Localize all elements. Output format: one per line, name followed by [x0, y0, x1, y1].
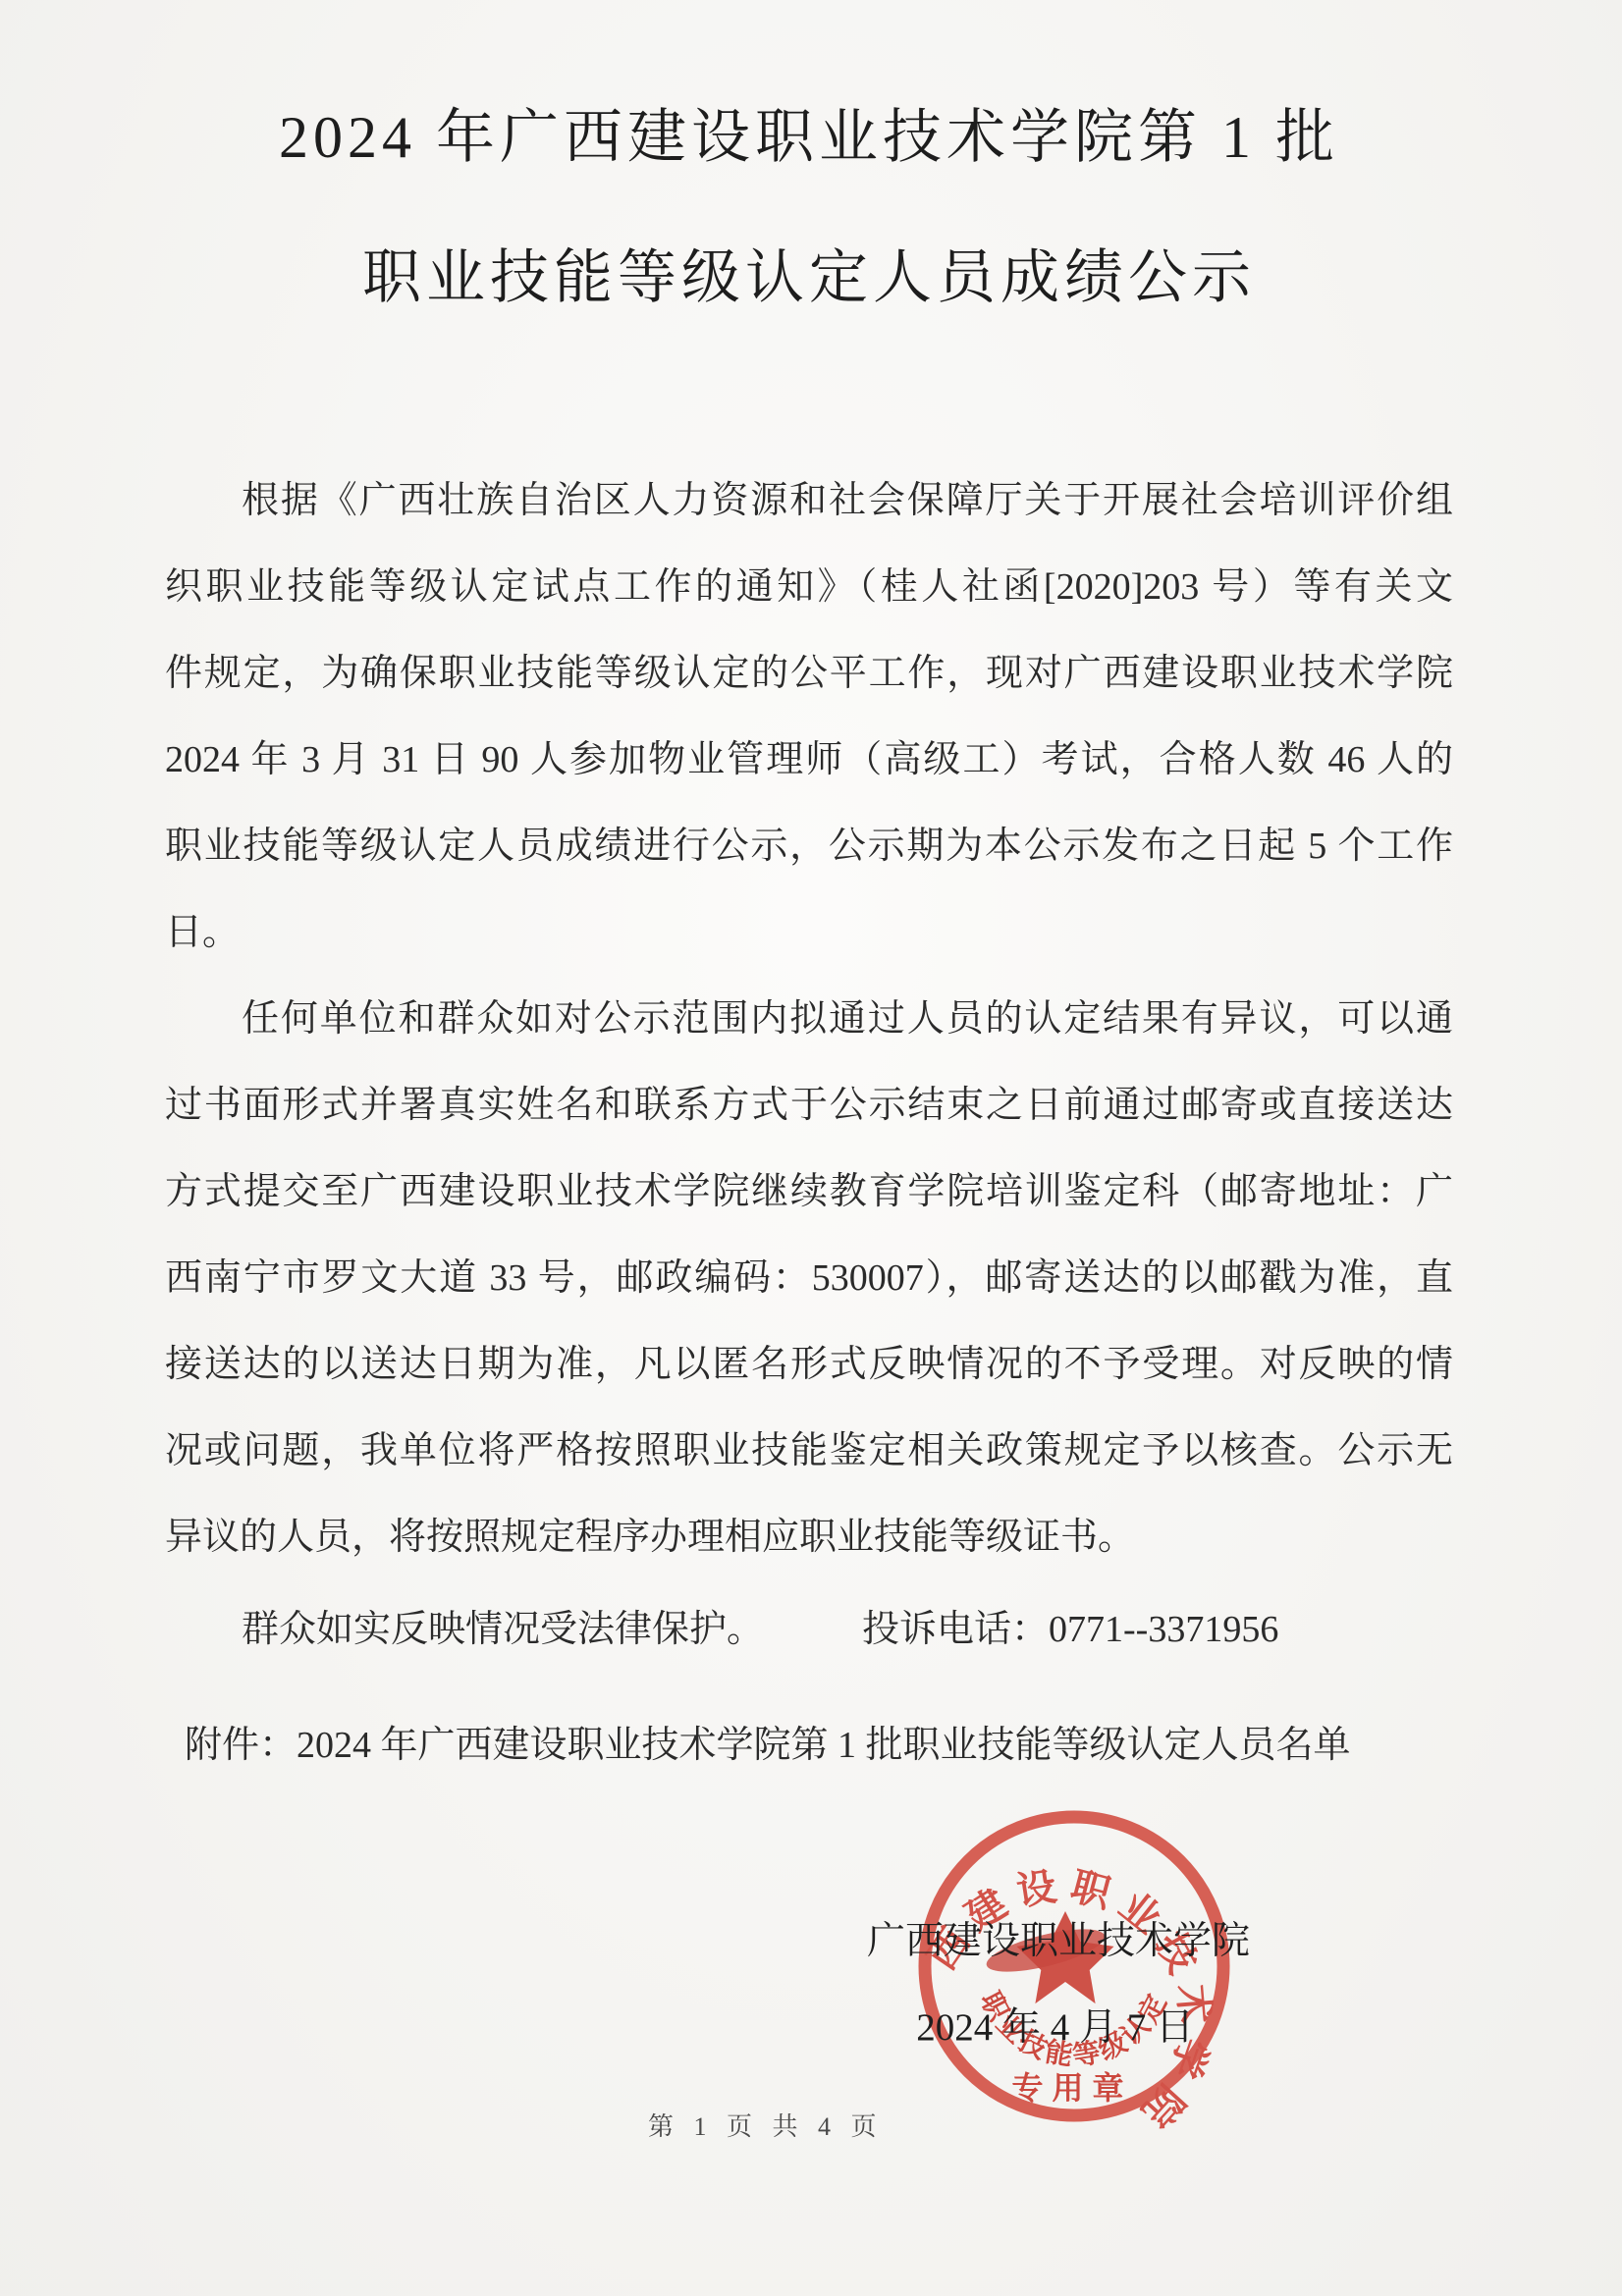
complaint-line: 群众如实反映情况受法律保护。投诉电话：0771--3371956 [165, 1586, 1453, 1673]
body-line: 2024 年 3 月 31 日 90 人参加物业管理师（高级工）考试，合格人数 … [165, 717, 1453, 803]
page-title-line-1: 2024 年广西建设职业技术学院第 1 批 [165, 80, 1453, 194]
page-number: 第 1 页 共 4 页 [648, 2107, 879, 2143]
body-line: 接送达的以送达日期为准，凡以匿名形式反映情况的不予受理。对反映的情 [165, 1321, 1453, 1408]
legal-protection-statement: 群众如实反映情况受法律保护。 [242, 1609, 764, 1650]
body-line: 任何单位和群众如对公示范围内拟通过人员的认定结果有异议，可以通 [165, 976, 1453, 1062]
body-line: 日。 [165, 889, 1453, 976]
complaint-phone: 投诉电话：0771--3371956 [862, 1609, 1278, 1650]
body-line: 过书面形式并署真实姓名和联系方式于公示结束之日前通过邮寄或直接送达 [165, 1062, 1453, 1148]
body-line: 件规定，为确保职业技能等级认定的公平工作，现对广西建设职业技术学院 [165, 630, 1453, 717]
signature-organization: 广西建设职业技术学院 [165, 1898, 1453, 1985]
body-line: 根据《广西壮族自治区人力资源和社会保障厅关于开展社会培训评价组 [165, 457, 1453, 544]
attachment-line: 附件：2024 年广西建设职业技术学院第 1 批职业技能等级认定人员名单 [165, 1702, 1522, 1789]
signature-date: 2024 年 4 月 7 日 [165, 1985, 1453, 2071]
seal-center-label: 专用章 [1011, 2070, 1132, 2106]
document-page: 2024 年广西建设职业技术学院第 1 批 职业技能等级认定人员成绩公示 根据《… [0, 0, 1622, 2296]
body-line: 职业技能等级认定人员成绩进行公示，公示期为本公示发布之日起 5 个工作 [165, 803, 1453, 889]
body-text-block: 根据《广西壮族自治区人力资源和社会保障厅关于开展社会培训评价组 织职业技能等级认… [165, 457, 1453, 1580]
body-line: 西南宁市罗文大道 33 号，邮政编码：530007），邮寄送达的以邮戳为准，直 [165, 1235, 1453, 1321]
body-line: 方式提交至广西建设职业技术学院继续教育学院培训鉴定科（邮寄地址：广 [165, 1148, 1453, 1235]
body-line: 况或问题，我单位将严格按照职业技能鉴定相关政策规定予以核查。公示无 [165, 1408, 1453, 1494]
page-title-line-2: 职业技能等级认定人员成绩公示 [165, 221, 1453, 335]
body-line: 异议的人员，将按照规定程序办理相应职业技能等级证书。 [165, 1494, 1453, 1580]
body-line: 织职业技能等级认定试点工作的通知》（桂人社函[2020]203 号）等有关文 [165, 544, 1453, 630]
